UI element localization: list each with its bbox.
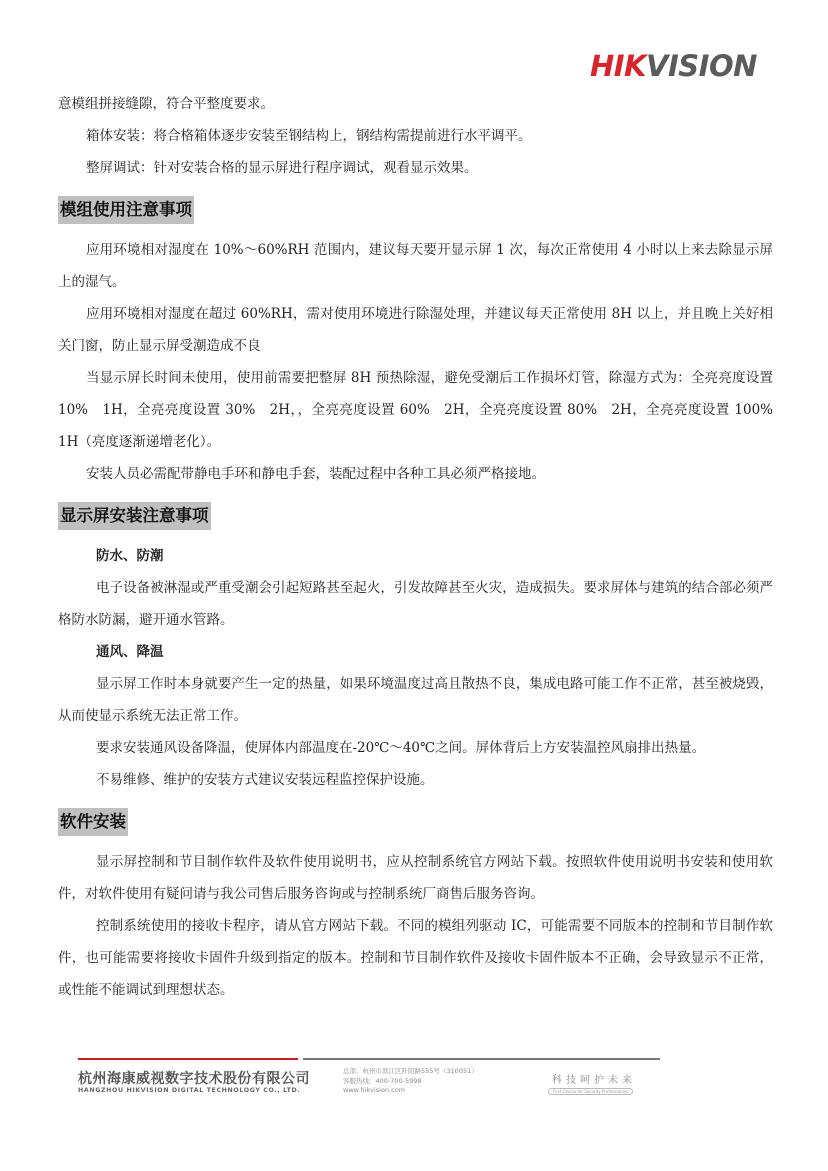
subheading-ventilation: 通风、降温 [58,636,773,668]
hotline: 客服热线：400-700-5998 [343,1077,478,1087]
paragraph-software-download: 显示屏控制和节目制作软件及软件使用说明书，应从控制系统官方网站下载。按照软件使用… [58,846,773,910]
slogan-cn: 科技呵护未来 [552,1071,636,1086]
website-link[interactable]: www.hikvision.com [343,1086,478,1096]
paragraph-temperature-range: 要求安装通风设备降温，使屏体内部温度在-20℃～40℃之间。屏体背后上方安装温控… [58,732,773,764]
paragraph-esd: 安装人员必需配带静电手环和静电手套，装配过程中各种工具必须严格接地。 [58,458,773,490]
page-footer: 杭州海康威视数字技术股份有限公司 HANGZHOU HIKVISION DIGI… [78,1058,660,1108]
address: 总部：杭州市滨江区阡陌路555号（310051） [343,1067,478,1077]
slogan-en: First Choice for Security Professionals [548,1088,633,1095]
footer-divider-red [78,1058,298,1060]
paragraph-receiver-card: 控制系统使用的接收卡程序，请从官方网站下载。不同的模组列驱动 IC，可能需要不同… [58,910,773,1006]
section-heading-display-install: 显示屏安装注意事项 [58,502,211,530]
paragraph-heat: 显示屏工作时本身就要产生一定的热量，如果环境温度过高且散热不良，集成电路可能工作… [58,668,773,732]
hikvision-logo: HIKVISION [590,52,757,81]
paragraph-cabinet-install: 箱体安装：将合格箱体逐步安装至钢结构上，钢结构需提前进行水平调平。 [58,120,773,152]
contact-info: 总部：杭州市滨江区阡陌路555号（310051） 客服热线：400-700-59… [343,1067,478,1096]
paragraph-humidity-over: 应用环境相对湿度在超过 60%RH，需对使用环境进行除湿处理，并建议每天正常使用… [58,298,773,362]
document-body: 意模组拼接缝隙，符合平整度要求。 箱体安装：将合格箱体逐步安装至钢结构上，钢结构… [58,88,773,1006]
paragraph-humidity-range: 应用环境相对湿度在 10%～60%RH 范围内，建议每天要开显示屏 1 次，每次… [58,234,773,298]
footer-divider-gray [303,1058,660,1060]
paragraph-screen-debug: 整屏调试：针对安装合格的显示屏进行程序调试，观看显示效果。 [58,152,773,184]
paragraph-continuation: 意模组拼接缝隙，符合平整度要求。 [58,88,773,120]
section-heading-module-usage: 模组使用注意事项 [58,196,194,224]
company-name-en: HANGZHOU HIKVISION DIGITAL TECHNOLOGY CO… [78,1087,300,1094]
company-name-cn: 杭州海康威视数字技术股份有限公司 [78,1068,310,1088]
paragraph-preheat: 当显示屏长时间未使用，使用前需要把整屏 8H 预热除湿，避免受潮后工作损坏灯管，… [58,362,773,458]
paragraph-remote-monitor: 不易维修、维护的安装方式建议安装远程监控保护设施。 [58,764,773,796]
subheading-waterproof: 防水、防潮 [58,540,773,572]
paragraph-waterproof: 电子设备被淋湿或严重受潮会引起短路甚至起火，引发故障甚至火灾，造成损失。要求屏体… [58,572,773,636]
section-heading-software-install: 软件安装 [58,808,128,836]
